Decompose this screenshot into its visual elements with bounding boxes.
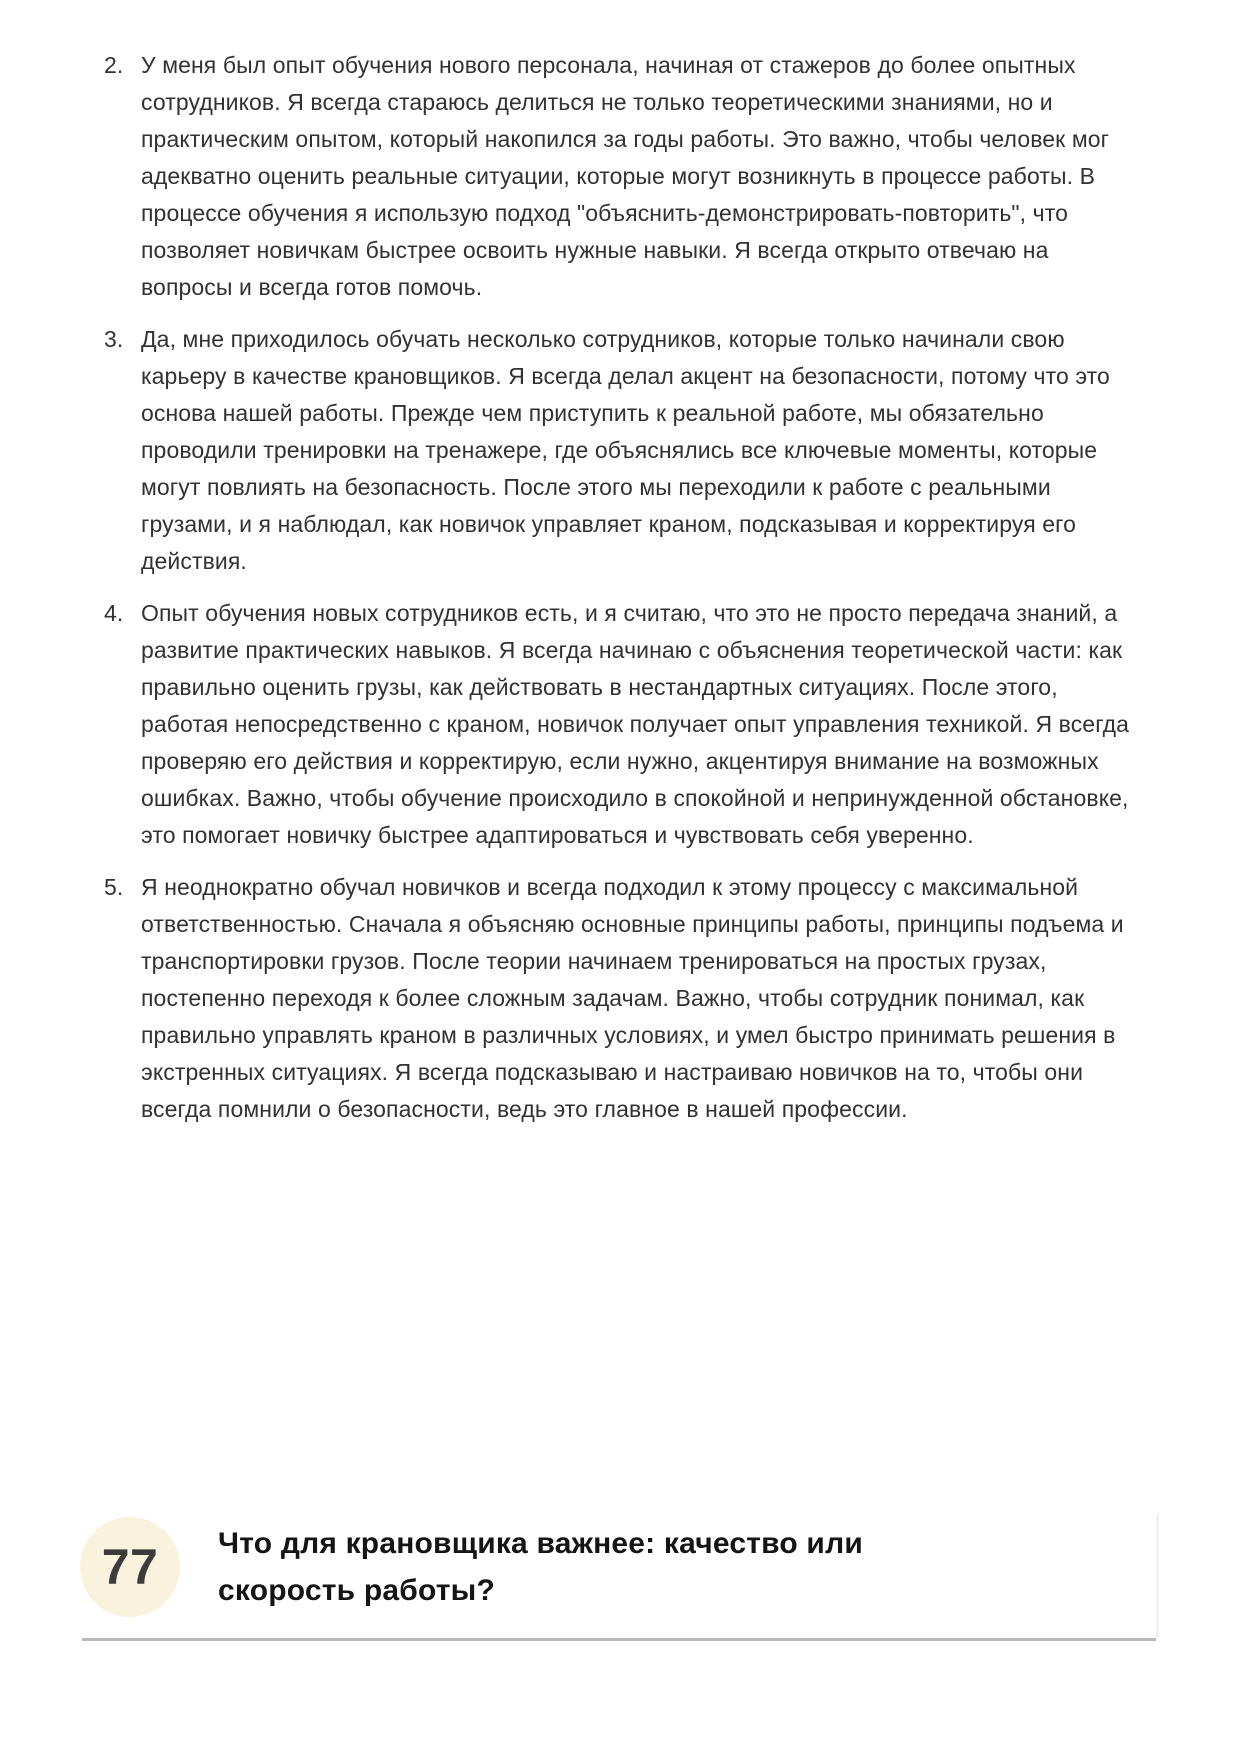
answer-text: У меня был опыт обучения нового персонал…: [141, 47, 1139, 306]
answer-item-2: 2. У меня был опыт обучения нового персо…: [104, 47, 1139, 306]
question-number: 77: [102, 1538, 159, 1596]
question-header: 77 Что для крановщика важнее: качество и…: [80, 1517, 1239, 1617]
answer-list: 2. У меня был опыт обучения нового персо…: [0, 0, 1239, 1128]
question-section: 77 Что для крановщика важнее: качество и…: [0, 1517, 1239, 1641]
question-number-badge: 77: [80, 1517, 180, 1617]
answer-item-4: 4. Опыт обучения новых сотрудников есть,…: [104, 595, 1139, 854]
section-divider: [82, 1638, 1156, 1641]
answer-item-3: 3. Да, мне приходилось обучать несколько…: [104, 321, 1139, 580]
answer-item-5: 5. Я неоднократно обучал новичков и всег…: [104, 869, 1139, 1128]
answer-text: Да, мне приходилось обучать несколько со…: [141, 321, 1139, 580]
answer-number: 5.: [104, 869, 141, 906]
card-right-edge: [1156, 1513, 1159, 1638]
answer-number: 4.: [104, 595, 141, 632]
document-page: 2. У меня был опыт обучения нового персо…: [0, 0, 1239, 1753]
question-title: Что для крановщика важнее: качество или …: [218, 1520, 958, 1614]
answer-number: 2.: [104, 47, 141, 84]
answer-text: Я неоднократно обучал новичков и всегда …: [141, 869, 1139, 1128]
answer-number: 3.: [104, 321, 141, 358]
answer-text: Опыт обучения новых сотрудников есть, и …: [141, 595, 1139, 854]
